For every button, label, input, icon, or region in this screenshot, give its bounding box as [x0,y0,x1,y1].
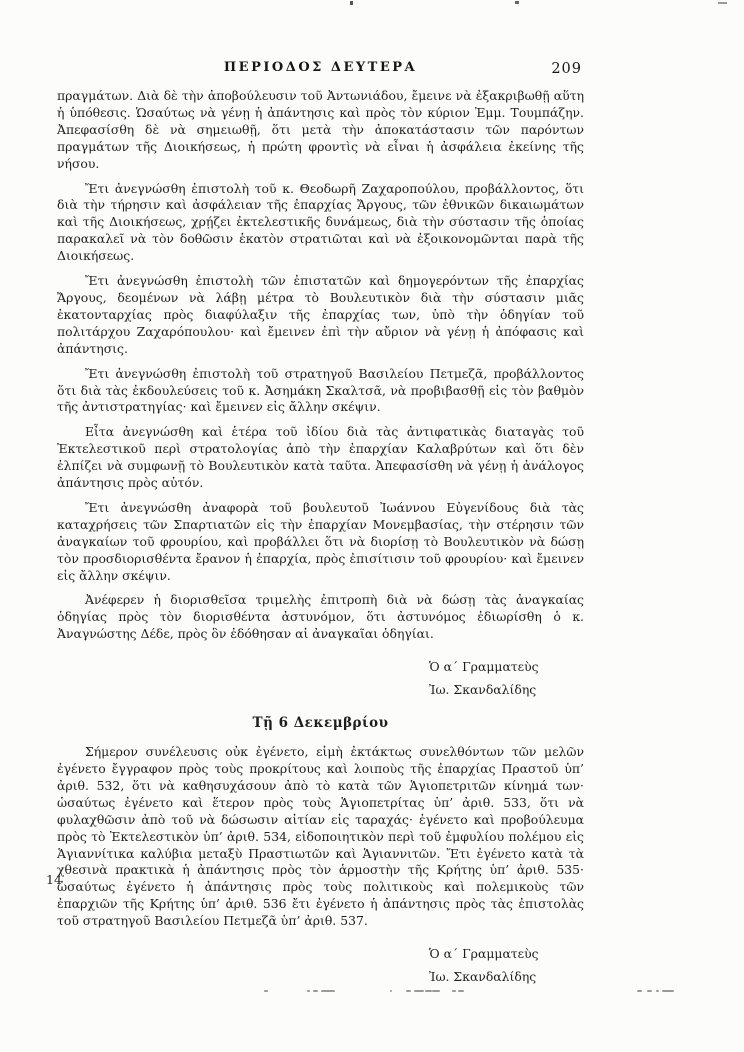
paragraph: Σήμερον συνέλευσις οὐκ ἐγένετο, εἰμὴ ἐκτ… [57,744,584,930]
signature-block: Ὁ α´ Γραμματεὺς Ἰω. Σκανδαλίδης [429,655,584,701]
scan-speck [515,1,519,4]
paragraph: Ἔτι ἀνεγνώσθη ἐπιστολὴ τοῦ κ. Θεοδωρῆ Ζα… [57,181,584,266]
sheet-signature-mark: 14 [46,872,62,887]
document-body: πραγμάτων. Διὰ δὲ τὴν ἀποβούλευσιν τοῦ Ἀ… [57,88,584,998]
paragraph: Εἶτα ἀνεγνώσθη καὶ ἑτέρα τοῦ ἰδίου διὰ τ… [57,424,584,492]
signature-name: Ἰω. Σκανδαλίδης [429,678,584,701]
session-date-heading: Τῇ 6 Δεκεμβρίου [57,715,584,732]
scanned-document-page: ΠΕΡΙΟΔΟΣ ΔΕΥΤΕΡΑ 209 πραγμάτων. Διὰ δὲ τ… [0,0,744,1052]
page-number: 209 [551,61,582,77]
page-title: ΠΕΡΙΟΔΟΣ ΔΕΥΤΕΡΑ [57,60,584,75]
paragraph: Ἔτι ἀνεγνώσθη ἐπιστολὴ τοῦ στρατηγοῦ Βασ… [57,366,584,417]
signature-role: Ὁ α´ Γραμματεὺς [429,942,584,965]
paragraph: Ἔτι ἀνεγνώσθη ἀναφορὰ τοῦ βουλευτοῦ Ἰωάν… [57,500,584,585]
paragraph: Ἀνέφερεν ἡ διορισθεῖσα τριμελὴς ἐπιτροπὴ… [57,592,584,643]
scan-speck [350,1,353,5]
signature-block: Ὁ α´ Γραμματεὺς Ἰω. Σκανδαλίδης [429,942,584,988]
scan-artifact-dashes [0,990,744,994]
signature-name: Ἰω. Σκανδαλίδης [429,965,584,988]
running-head: ΠΕΡΙΟΔΟΣ ΔΕΥΤΕΡΑ 209 [57,60,584,80]
paragraph: πραγμάτων. Διὰ δὲ τὴν ἀποβούλευσιν τοῦ Ἀ… [57,88,584,173]
signature-role: Ὁ α´ Γραμματεὺς [429,655,584,678]
scan-speck [718,2,727,4]
paragraph: Ἔτι ἀνεγνώσθη ἐπιστολὴ τῶν ἐπιστατῶν καὶ… [57,273,584,358]
